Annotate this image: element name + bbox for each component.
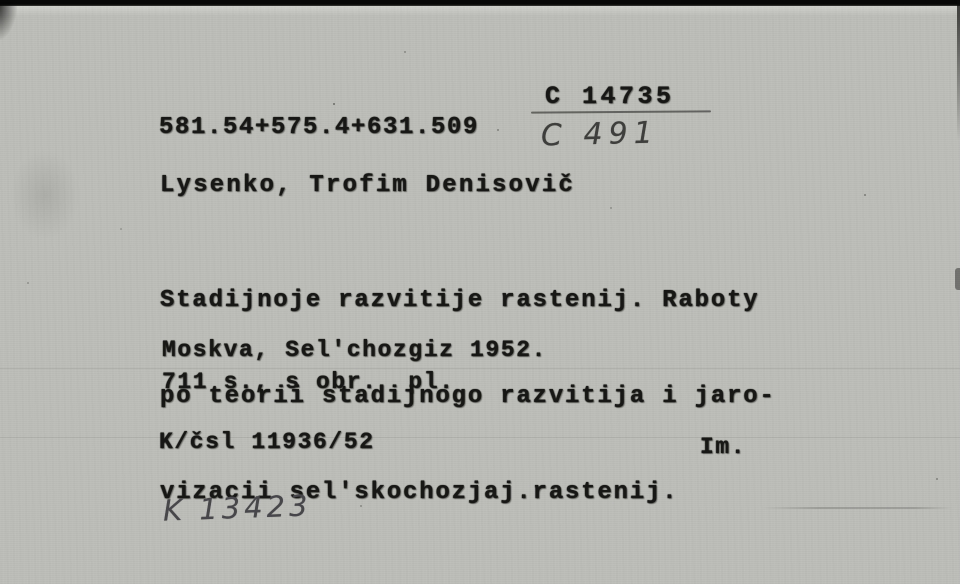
title-line: Stadijnoje razvitije rastenij. Raboty [160, 285, 776, 317]
author-heading: Lysenko, Trofim Denisovič [160, 172, 575, 199]
collation-line: 711 s., s obr. pl. [162, 369, 455, 395]
call-number-typed: C 14735 [545, 82, 675, 111]
call-number-handwritten: C 491 [541, 115, 660, 153]
faint-scratch-line [762, 507, 952, 509]
note-abbreviation: Im. [700, 434, 746, 460]
paper-smudge [10, 150, 80, 240]
scan-corner-blob [0, 2, 18, 42]
imprint-line: Moskva, Sel'chozgiz 1952. [162, 337, 547, 363]
catalog-card-scan: C 14735 C 491 581.54+575.4+631.509 Lysen… [0, 0, 960, 584]
udc-classification: 581.54+575.4+631.509 [159, 114, 479, 141]
accession-number: K/čsl 11936/52 [159, 429, 375, 455]
card-top-edge-highlight [0, 6, 960, 16]
call-number-underline [531, 110, 711, 113]
inventory-number-handwritten: K 13423 [162, 488, 312, 527]
scan-edge-nub [955, 268, 960, 290]
